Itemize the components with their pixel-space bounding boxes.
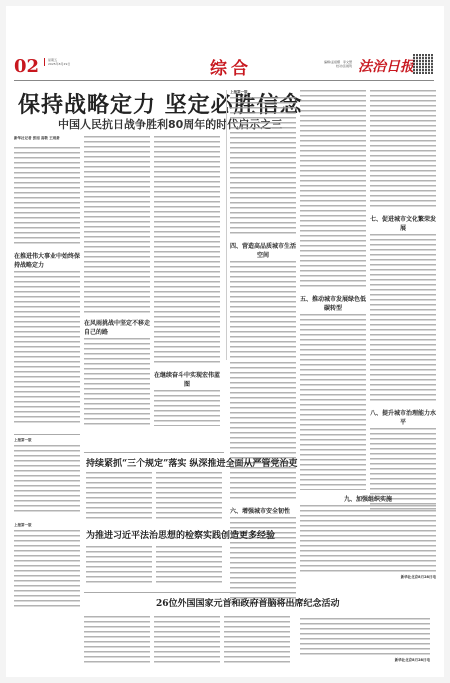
body-text [156,546,222,586]
editor-credits: 编辑/孟祖娜 李文慧 校对/张晨利 [312,60,352,68]
story-headline-1: 持续紧抓“三个规定”落实 纵深推进全面从严管党治吏 [86,456,298,469]
story-3-column: 新华社北京8月28日电 [300,618,430,668]
body-text [300,618,430,658]
right-column-2: 五、推动城市发展绿色低碳转型 [300,90,366,490]
section-heading-4: 四、营造高品质城市生活空间 [230,241,296,259]
page-number: 02 [14,56,39,77]
right-column-4: 六、增强城市安全韧性 [230,362,296,612]
divider [14,434,80,435]
lead-column-2: 在风雨挑战中坚定不移走自己的路 [84,136,150,426]
body-text [230,362,296,502]
lead-column-3: 在继续奋斗中实现宏伟蓝图 [154,136,220,426]
story-headline-3: 26位外国国家元首和政府首脑将出席纪念活动 [156,596,340,609]
body-text [84,338,150,426]
body-text [300,314,366,490]
column-divider [226,90,227,360]
issue-date: 星期五 2025年8月29日 [44,58,70,66]
signature: 新华社北京8月28日电 [300,658,430,663]
body-text [14,271,80,426]
body-text [224,616,290,666]
newspaper-page: 02 星期五 2025年8月29日 综合 编辑/孟祖娜 李文慧 校对/张晨利 法… [6,6,444,677]
body-text [14,445,80,515]
byline: 新华社记者 张旭 高敬 王雨萧 [14,136,80,141]
body-text [230,261,296,360]
body-text [156,472,222,520]
subhead-2: 在风雨挑战中坚定不移走自己的路 [84,318,150,336]
page-header: 02 星期五 2025年8月29日 综合 编辑/孟祖娜 李文慧 校对/张晨利 法… [14,50,434,81]
date: 2025年8月29日 [48,62,70,66]
body-text [154,390,220,426]
divider [84,452,224,453]
continued-label: 上接第一版 [230,90,296,95]
newspaper-logo: 法治日报 [358,56,414,76]
body-text [14,147,80,247]
section-heading-7: 七、促进城市文化繁荣发展 [370,214,436,232]
body-text [14,530,80,610]
subhead-1: 在推进伟大事业中始终保持战略定力 [14,251,80,269]
body-text [154,136,220,366]
body-text [84,616,150,666]
subhead-3: 在继续奋斗中实现宏伟蓝图 [154,370,220,388]
continued-label: 上接第一版 [14,523,80,528]
qr-code-icon [413,54,433,74]
body-text [370,234,436,404]
story-headline-2: 为推进习近平法治思想的检察实践创造更多经验 [86,528,275,541]
body-text [154,616,220,666]
section-heading-9: 九、加强组织实施 [300,494,436,503]
section-heading-5: 五、推动城市发展绿色低碳转型 [300,294,366,312]
body-text [300,505,436,575]
right-column-3: 七、促进城市文化繁荣发展 八、提升城市治理能力水平 [370,90,436,510]
section-heading-6: 六、增强城市安全韧性 [230,506,296,515]
right-column-1: 上接第一版 四、营造高品质城市生活空间 [230,90,296,360]
signature: 新华社北京8月28日电 [300,575,436,580]
body-text [86,546,152,586]
divider [84,592,296,593]
body-text [84,136,150,314]
body-text [230,97,296,237]
continued-label: 上接第一版 [14,438,80,443]
lead-column-1: 新华社记者 张旭 高敬 王雨萧 在推进伟大事业中始终保持战略定力 [14,136,80,426]
section-title: 综合 [210,54,252,79]
body-text [86,472,152,520]
body-text [300,90,366,290]
section-heading-8: 八、提升城市治理能力水平 [370,408,436,426]
body-text [370,90,436,210]
proofreader: 校对/张晨利 [312,64,352,68]
left-lower-column: 上接第一版 上接第一版 [14,438,80,683]
